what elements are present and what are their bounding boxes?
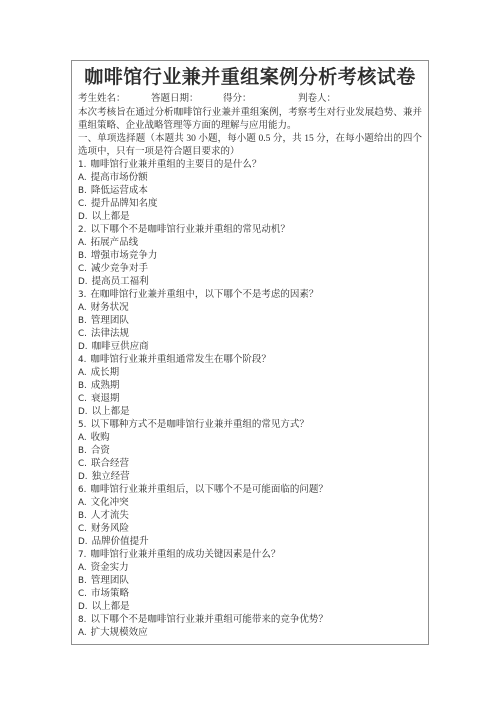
page: { "paper": { "title": "咖啡馆行业兼并重组案例分析考核试卷… — [0, 0, 500, 707]
option-letter: B. — [78, 315, 87, 328]
option-letter: C. — [78, 458, 87, 471]
option-text: 成熟期 — [91, 381, 120, 391]
option-letter: A. — [78, 432, 87, 445]
answer-date-label: 答题日期： — [151, 93, 223, 106]
option-row: C.市场策略 — [78, 588, 422, 601]
page-title: 咖啡馆行业兼并重组案例分析考核试卷 — [78, 65, 422, 90]
option-letter: C. — [78, 588, 87, 601]
option-row: D.以上都是 — [78, 601, 422, 614]
question-number: 2. — [78, 224, 86, 237]
option-text: 成长期 — [91, 368, 120, 378]
option-text: 人才流失 — [91, 511, 129, 521]
option-row: C.衰退期 — [78, 393, 422, 406]
score-label: 得分： — [223, 93, 298, 106]
question-row: 5.以下哪种方式不是咖啡馆行业兼并重组的常见方式？ — [78, 419, 422, 432]
question-number: 4. — [78, 354, 86, 367]
option-row: A.扩大规模效应 — [78, 627, 422, 640]
option-letter: A. — [78, 237, 87, 250]
question-text: 咖啡馆行业兼并重组后，以下哪个不是可能面临的问题？ — [90, 485, 328, 495]
option-letter: B. — [78, 380, 87, 393]
question-row: 6.咖啡馆行业兼并重组后，以下哪个不是可能面临的问题？ — [78, 484, 422, 497]
option-text: 提高员工福利 — [92, 277, 149, 287]
question-row: 2.以下哪个不是咖啡馆行业兼并重组的常见动机？ — [78, 224, 422, 237]
question-number: 1. — [78, 159, 86, 172]
option-text: 以上都是 — [92, 602, 130, 612]
option-text: 拓展产品线 — [91, 238, 139, 248]
option-row: C.联合经营 — [78, 458, 422, 471]
option-text: 财务风险 — [91, 524, 129, 534]
option-letter: C. — [78, 263, 87, 276]
option-text: 独立经营 — [92, 472, 130, 482]
option-text: 以上都是 — [92, 407, 130, 417]
question-text: 以下哪个不是咖啡馆行业兼并重组的常见动机？ — [90, 225, 290, 235]
option-text: 降低运营成本 — [91, 186, 148, 196]
option-text: 文化冲突 — [91, 498, 129, 508]
option-letter: A. — [78, 562, 87, 575]
question-row: 4.咖啡馆行业兼并重组通常发生在哪个阶段？ — [78, 354, 422, 367]
option-text: 咖啡豆供应商 — [92, 342, 149, 352]
option-text: 以上都是 — [92, 212, 130, 222]
option-letter: D. — [78, 601, 88, 614]
option-text: 衰退期 — [91, 394, 120, 404]
option-row: A.拓展产品线 — [78, 237, 422, 250]
option-letter: B. — [78, 185, 87, 198]
question-text: 咖啡馆行业兼并重组的成功关键因素是什么？ — [90, 550, 280, 560]
option-row: C.提升品牌知名度 — [78, 198, 422, 211]
question-text: 在咖啡馆行业兼并重组中，以下哪个不是考虑的因素？ — [90, 290, 318, 300]
question-row: 3.在咖啡馆行业兼并重组中，以下哪个不是考虑的因素？ — [78, 289, 422, 302]
option-letter: A. — [78, 627, 87, 640]
grader-label: 判卷人： — [298, 93, 422, 106]
option-row: A.提高市场份额 — [78, 172, 422, 185]
question-number: 6. — [78, 484, 86, 497]
option-letter: C. — [78, 393, 87, 406]
option-row: B.管理团队 — [78, 575, 422, 588]
option-row: D.提高员工福利 — [78, 276, 422, 289]
option-row: D.以上都是 — [78, 406, 422, 419]
option-letter: C. — [78, 198, 87, 211]
option-text: 减少竞争对手 — [91, 264, 148, 274]
option-text: 收购 — [91, 433, 110, 443]
option-row: C.财务风险 — [78, 523, 422, 536]
option-letter: B. — [78, 250, 87, 263]
question-text: 咖啡馆行业兼并重组通常发生在哪个阶段？ — [90, 355, 271, 365]
question-row: 8.以下哪个不是咖啡馆行业兼并重组可能带来的竞争优势？ — [78, 614, 422, 627]
option-text: 提升品牌知名度 — [91, 199, 158, 209]
option-text: 品牌价值提升 — [92, 537, 149, 547]
option-letter: D. — [78, 406, 88, 419]
option-row: A.收购 — [78, 432, 422, 445]
option-row: C.减少竞争对手 — [78, 263, 422, 276]
option-row: A.财务状况 — [78, 302, 422, 315]
option-letter: A. — [78, 367, 87, 380]
exam-meta-row: 考生姓名： 答题日期： 得分： 判卷人： — [78, 93, 422, 106]
option-row: B.降低运营成本 — [78, 185, 422, 198]
option-text: 合资 — [91, 446, 110, 456]
option-letter: D. — [78, 341, 88, 354]
option-row: D.咖啡豆供应商 — [78, 341, 422, 354]
question-text: 以下哪个不是咖啡馆行业兼并重组可能带来的竞争优势？ — [90, 615, 328, 625]
exam-paper: 咖啡馆行业兼并重组案例分析考核试卷 考生姓名： 答题日期： 得分： 判卷人： 本… — [71, 60, 429, 645]
question-number: 5. — [78, 419, 86, 432]
question-number: 8. — [78, 614, 86, 627]
option-letter: D. — [78, 211, 88, 224]
option-letter: D. — [78, 276, 88, 289]
question-row: 7.咖啡馆行业兼并重组的成功关键因素是什么？ — [78, 549, 422, 562]
option-row: D.品牌价值提升 — [78, 536, 422, 549]
section-heading: 一、单项选择题（本题共 30 小题，每小题 0.5 分，共 15 分，在每小题给… — [78, 133, 422, 159]
option-letter: D. — [78, 536, 88, 549]
examinee-name-label: 考生姓名： — [78, 93, 151, 106]
option-row: A.资金实力 — [78, 562, 422, 575]
option-text: 管理团队 — [91, 576, 129, 586]
exam-intro: 本次考核旨在通过分析咖啡馆行业兼并重组案例，考察考生对行业发展趋势、兼并重组策略… — [78, 107, 422, 133]
option-row: B.成熟期 — [78, 380, 422, 393]
option-text: 增强市场竞争力 — [91, 251, 158, 261]
option-letter: C. — [78, 328, 87, 341]
option-row: B.合资 — [78, 445, 422, 458]
option-text: 联合经营 — [91, 459, 129, 469]
question-number: 3. — [78, 289, 86, 302]
option-letter: C. — [78, 523, 87, 536]
option-row: B.增强市场竞争力 — [78, 250, 422, 263]
question-row: 1.咖啡馆行业兼并重组的主要目的是什么？ — [78, 159, 422, 172]
option-text: 资金实力 — [91, 563, 129, 573]
option-text: 财务状况 — [91, 303, 129, 313]
option-text: 提高市场份额 — [91, 173, 148, 183]
option-letter: D. — [78, 471, 88, 484]
option-text: 扩大规模效应 — [91, 628, 148, 638]
option-row: D.独立经营 — [78, 471, 422, 484]
option-letter: A. — [78, 172, 87, 185]
option-letter: A. — [78, 302, 87, 315]
option-row: A.文化冲突 — [78, 497, 422, 510]
option-text: 管理团队 — [91, 316, 129, 326]
option-row: C.法律法规 — [78, 328, 422, 341]
option-row: B.人才流失 — [78, 510, 422, 523]
option-text: 市场策略 — [91, 589, 129, 599]
option-row: B.管理团队 — [78, 315, 422, 328]
option-letter: B. — [78, 510, 87, 523]
option-row: D.以上都是 — [78, 211, 422, 224]
option-row: A.成长期 — [78, 367, 422, 380]
option-letter: B. — [78, 575, 87, 588]
question-number: 7. — [78, 549, 86, 562]
option-letter: A. — [78, 497, 87, 510]
question-text: 咖啡馆行业兼并重组的主要目的是什么？ — [90, 160, 261, 170]
option-text: 法律法规 — [91, 329, 129, 339]
question-text: 以下哪种方式不是咖啡馆行业兼并重组的常见方式？ — [90, 420, 309, 430]
option-letter: B. — [78, 445, 87, 458]
